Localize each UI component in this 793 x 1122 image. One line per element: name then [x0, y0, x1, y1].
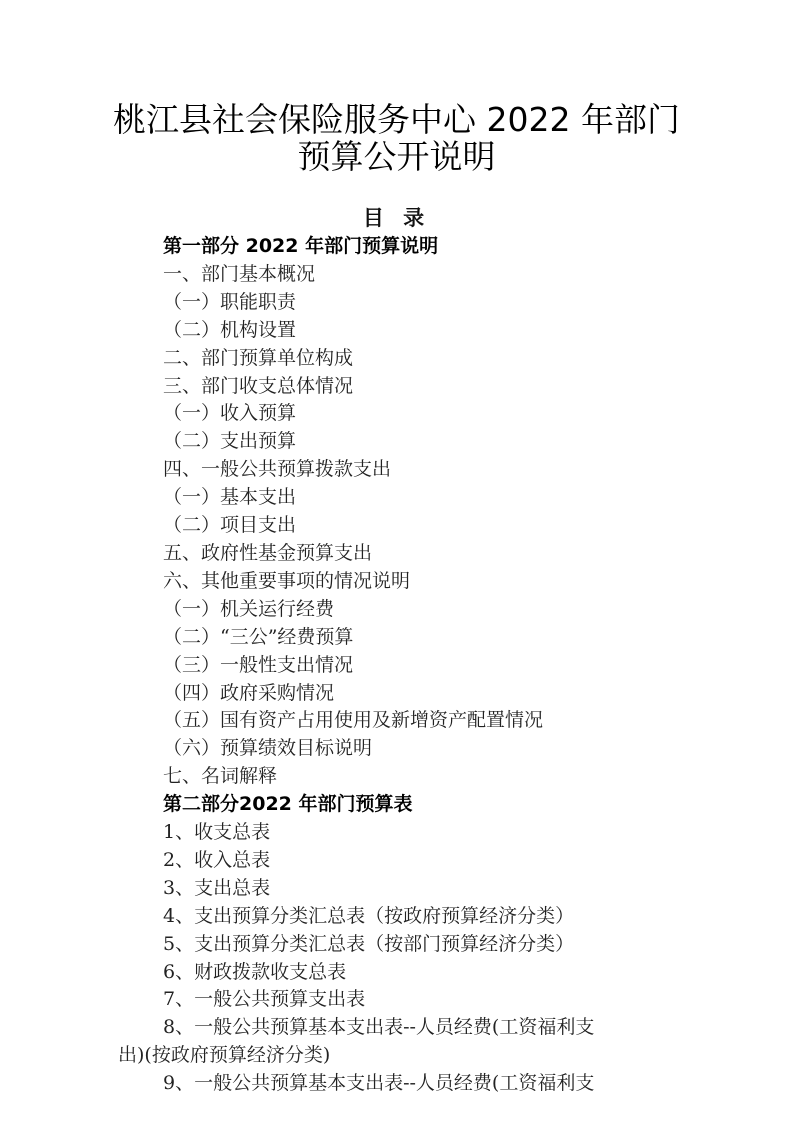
- toc-item[interactable]: 五、政府性基金预算支出: [118, 540, 698, 568]
- toc-item[interactable]: （四）政府采购情况: [118, 680, 698, 708]
- toc-item[interactable]: （三）一般性支出情况: [118, 652, 698, 680]
- toc-item[interactable]: 六、其他重要事项的情况说明: [118, 568, 698, 596]
- toc-item[interactable]: （六）预算绩效目标说明: [118, 735, 698, 763]
- toc-item[interactable]: 2、收入总表: [118, 847, 698, 875]
- toc-item[interactable]: （二）“三公”经费预算: [118, 624, 698, 652]
- toc-item[interactable]: 二、部门预算单位构成: [118, 345, 698, 373]
- toc-item[interactable]: （一）职能职责: [118, 289, 698, 317]
- toc-item[interactable]: （一）收入预算: [118, 400, 698, 428]
- toc-item[interactable]: （一）基本支出: [118, 484, 698, 512]
- toc-item[interactable]: 8、一般公共预算基本支出表--人员经费(工资福利支: [118, 1014, 698, 1042]
- toc-heading: 目 录: [0, 205, 793, 231]
- document-title-line-1: 桃江县社会保险服务中心 2022 年部门: [0, 100, 793, 140]
- toc-item[interactable]: （二）项目支出: [118, 512, 698, 540]
- toc-item[interactable]: 1、收支总表: [118, 819, 698, 847]
- toc-item[interactable]: （五）国有资产占用使用及新增资产配置情况: [118, 707, 698, 735]
- toc-item[interactable]: 3、支出总表: [118, 875, 698, 903]
- toc-item[interactable]: （二）机构设置: [118, 317, 698, 345]
- toc-item[interactable]: 三、部门收支总体情况: [118, 373, 698, 401]
- toc-item[interactable]: 七、名词解释: [118, 763, 698, 791]
- toc-part-2[interactable]: 第二部分2022 年部门预算表: [118, 791, 698, 819]
- toc-part-1[interactable]: 第一部分 2022 年部门预算说明: [118, 233, 698, 261]
- toc-item[interactable]: 9、一般公共预算基本支出表--人员经费(工资福利支: [118, 1070, 698, 1098]
- table-of-contents: 第一部分 2022 年部门预算说明 一、部门基本概况 （一）职能职责 （二）机构…: [118, 233, 698, 1098]
- toc-item[interactable]: 4、支出预算分类汇总表（按政府预算经济分类）: [118, 903, 698, 931]
- toc-item[interactable]: 5、支出预算分类汇总表（按部门预算经济分类）: [118, 931, 698, 959]
- toc-item[interactable]: 7、一般公共预算支出表: [118, 986, 698, 1014]
- document-title-line-2: 预算公开说明: [0, 137, 793, 177]
- toc-item[interactable]: （一）机关运行经费: [118, 596, 698, 624]
- toc-item[interactable]: （二）支出预算: [118, 428, 698, 456]
- toc-item[interactable]: 6、财政拨款收支总表: [118, 959, 698, 987]
- toc-item[interactable]: 四、一般公共预算拨款支出: [118, 456, 698, 484]
- toc-item-continuation[interactable]: 出)(按政府预算经济分类): [118, 1042, 698, 1070]
- toc-item[interactable]: 一、部门基本概况: [118, 261, 698, 289]
